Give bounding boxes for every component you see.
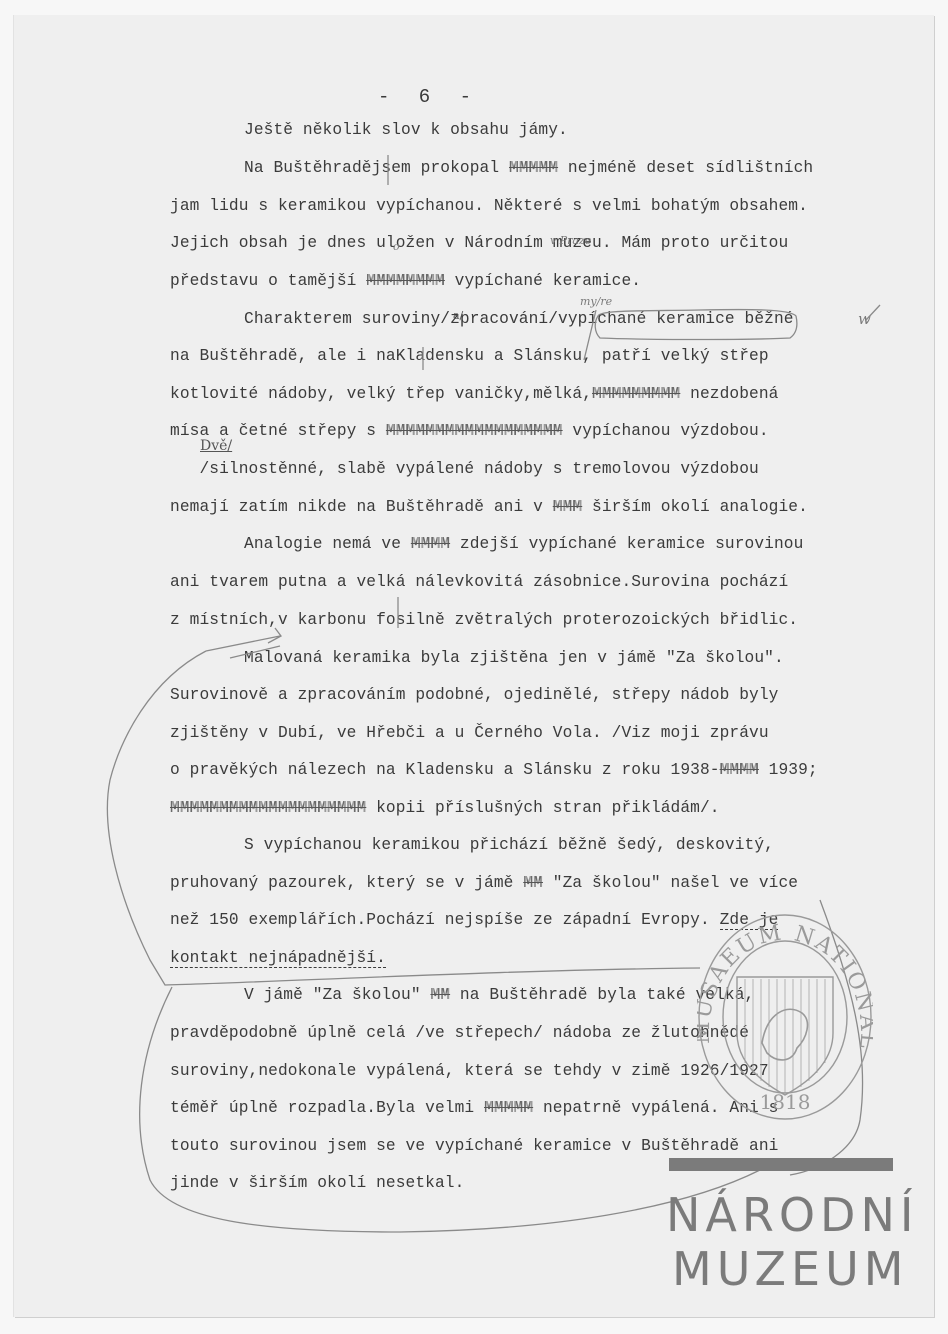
text-segment: pruhovaný pazourek, který se v jámě bbox=[170, 874, 523, 892]
text-segment: /silnostěnné, slabě vypálené nádoby s tr… bbox=[170, 460, 759, 478]
text-line: V jámě "Za školou" MM na Buštěhradě byla… bbox=[244, 986, 754, 1004]
text-line: kontakt nejnápadnější. bbox=[170, 949, 386, 967]
text-line: Na Buštěhradějsem prokopal MMMMM nejméně… bbox=[244, 159, 813, 177]
struck-out-text: MMMMM bbox=[509, 159, 558, 177]
text-line: o pravěkých nálezech na Kladensku a Slán… bbox=[170, 761, 818, 779]
struck-out-text: MMM bbox=[553, 498, 582, 516]
text-segment: nezdobená bbox=[680, 385, 778, 403]
text-line: pruhovaný pazourek, který se v jámě MM "… bbox=[170, 874, 798, 892]
annotation-w: w bbox=[858, 310, 871, 328]
text-line: kotlovité nádoby, velký třep vaničky,měl… bbox=[170, 385, 779, 403]
text-segment: jam lidu s keramikou vypíchanou. Některé… bbox=[170, 197, 808, 215]
text-segment: sem prokopal bbox=[381, 159, 509, 177]
text-line: suroviny,nedokonale vypálená, která se t… bbox=[170, 1062, 769, 1080]
text-segment: nejméně deset sídlištních bbox=[558, 159, 813, 177]
text-line: zjištěny v Dubí, ve Hřebči a u Černého V… bbox=[170, 724, 769, 742]
text-segment: Jejich obsah je dnes uložen v Národním m… bbox=[170, 234, 788, 252]
text-line: mísa a četné střepy s MMMMMMMMMMMMMMMMMM… bbox=[170, 422, 769, 440]
struck-out-text: MMMMMMMM bbox=[366, 272, 445, 290]
text-segment: než 150 exemplářích.Pochází nejspíše ze … bbox=[170, 911, 720, 929]
text-line: jam lidu s keramikou vypíchanou. Některé… bbox=[170, 197, 808, 215]
page-number: - 6 - bbox=[378, 86, 473, 108]
text-segment: Malovaná keramika byla zjištěna jen v já… bbox=[244, 649, 784, 667]
struck-out-text: MMMMMMMMM bbox=[592, 385, 680, 403]
text-line: ani tvarem putna a velká nálevkovitá zás… bbox=[170, 573, 788, 591]
text-line: S vypíchanou keramikou přichází běžně še… bbox=[244, 836, 774, 854]
text-line: nemají zatím nikde na Buštěhradě ani v M… bbox=[170, 498, 808, 516]
text-line: /silnostěnné, slabě vypálené nádoby s tr… bbox=[170, 460, 759, 478]
text-line: Jejich obsah je dnes uložen v Národním m… bbox=[170, 234, 788, 252]
annotation-dve: Dvě/ bbox=[200, 438, 232, 454]
text-segment: téměř úplně rozpadla.Byla velmi bbox=[170, 1099, 484, 1117]
text-segment: Charakterem suroviny/zpracování/vypíchan… bbox=[244, 310, 794, 328]
struck-out-text: MMMM bbox=[720, 761, 759, 779]
text-segment: Ještě několik slov k obsahu jámy. bbox=[244, 121, 568, 139]
underlined-text: kontakt nejnápadnější. bbox=[170, 949, 386, 968]
logo-narodni: NÁRODNÍ bbox=[666, 1188, 918, 1242]
text-line: téměř úplně rozpadla.Byla velmi MMMMM ne… bbox=[170, 1099, 779, 1117]
text-segment: "Za školou" našel ve více bbox=[543, 874, 798, 892]
text-segment: Analogie nemá ve bbox=[244, 535, 411, 553]
text-line: Analogie nemá ve MMMM zdejší vypíchané k… bbox=[244, 535, 803, 553]
musaeum-nationale-stamp: MUSAEUM NATIONALE 1818 bbox=[697, 913, 873, 1121]
text-line: jinde v širším okolí nesetkal. bbox=[170, 1174, 464, 1192]
annotation-myre: my/re bbox=[580, 295, 612, 308]
text-segment: představu o tamější bbox=[170, 272, 366, 290]
text-line: touto surovinou jsem se ve vypíchané ker… bbox=[170, 1137, 778, 1155]
text-segment: Na Buštěhraděj bbox=[244, 159, 381, 177]
struck-out-text: MMMMMMMMMMMMMMMMMMMM bbox=[170, 799, 366, 817]
text-segment: širším okolí analogie. bbox=[582, 498, 808, 516]
text-line: než 150 exemplářích.Pochází nejspíše ze … bbox=[170, 911, 778, 929]
text-segment: S vypíchanou keramikou přichází běžně še… bbox=[244, 836, 774, 854]
text-line: představu o tamější MMMMMMMM vypíchané k… bbox=[170, 272, 641, 290]
text-segment: nemají zatím nikde na Buštěhradě ani v bbox=[170, 498, 553, 516]
struck-out-text: MMMMMMMMMMMMMMMMMM bbox=[386, 422, 563, 440]
annotation-o: o bbox=[393, 240, 400, 253]
text-line: Surovinově a zpracováním podobné, ojedin… bbox=[170, 686, 778, 704]
text-segment: touto surovinou jsem se ve vypíchané ker… bbox=[170, 1137, 778, 1155]
text-line: na Buštěhradě, ale i naKladensku a Sláns… bbox=[170, 347, 769, 365]
logo-bar bbox=[669, 1158, 893, 1171]
text-segment: 1939; bbox=[759, 761, 818, 779]
text-line: Malovaná keramika byla zjištěna jen v já… bbox=[244, 649, 784, 667]
text-line: z místních,v karbonu fosilně zvětralých … bbox=[170, 611, 798, 629]
text-line: Ještě několik slov k obsahu jámy. bbox=[244, 121, 568, 139]
text-segment: na Buštěhradě, ale i naKladensku a Sláns… bbox=[170, 347, 769, 365]
stamp-year: 1818 bbox=[760, 1090, 811, 1114]
struck-out-text: MM bbox=[430, 986, 450, 1004]
text-segment: ani tvarem putna a velká nálevkovitá zás… bbox=[170, 573, 788, 591]
text-segment: suroviny,nedokonale vypálená, která se t… bbox=[170, 1062, 769, 1080]
struck-out-text: MM bbox=[523, 874, 543, 892]
text-line: MMMMMMMMMMMMMMMMMMMM kopii příslušných s… bbox=[170, 799, 720, 817]
text-segment: kopii příslušných stran přikládám/. bbox=[366, 799, 719, 817]
text-line: Charakterem suroviny/zpracování/vypíchan… bbox=[244, 310, 794, 328]
text-segment: jinde v širším okolí nesetkal. bbox=[170, 1174, 464, 1192]
logo-muzeum: MUZEUM bbox=[672, 1242, 908, 1296]
text-segment: vypíchané keramice. bbox=[445, 272, 641, 290]
text-line: pravděpodobně úplně celá /ve střepech/ n… bbox=[170, 1024, 749, 1042]
struck-out-text: MMMMM bbox=[484, 1099, 533, 1117]
text-segment: o pravěkých nálezech na Kladensku a Slán… bbox=[170, 761, 720, 779]
text-segment: Surovinově a zpracováním podobné, ojedin… bbox=[170, 686, 778, 704]
text-segment: pravděpodobně úplně celá /ve střepech/ n… bbox=[170, 1024, 749, 1042]
struck-out-text: MMMM bbox=[411, 535, 450, 553]
text-segment: kotlovité nádoby, velký třep vaničky,měl… bbox=[170, 385, 592, 403]
text-segment: zdejší vypíchané keramice surovinou bbox=[450, 535, 803, 553]
text-segment: vypíchanou výzdobou. bbox=[563, 422, 769, 440]
text-segment: z místních,v karbonu fosilně zvětralých … bbox=[170, 611, 798, 629]
text-segment: V jámě "Za školou" bbox=[244, 986, 430, 1004]
text-segment: zjištěny v Dubí, ve Hřebči a u Černého V… bbox=[170, 724, 769, 742]
annotation-a: a/ bbox=[453, 309, 463, 322]
annotation-v-praze: v Praze bbox=[550, 234, 591, 247]
